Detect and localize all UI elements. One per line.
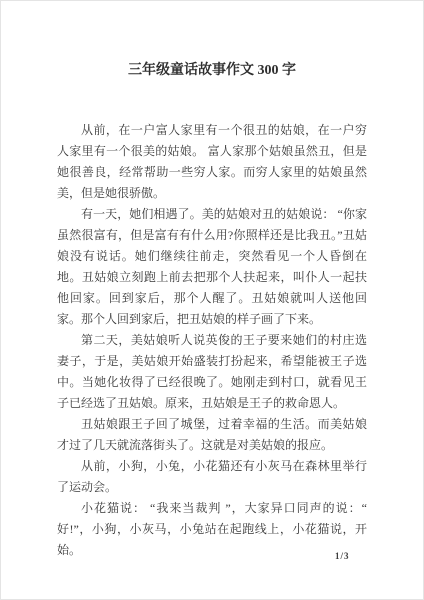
document-title: 三年级童话故事作文 300 字 <box>1 1 423 80</box>
paragraph-2: 有一天，她们相遇了。美的姑娘对丑的姑娘说： “你家虽然很富有，但是富有有什么用?… <box>57 204 367 330</box>
paragraph-6: 小花猫说： “我来当裁判 ”，大家异口同声的说：“ 好!”，小狗，小灰马，小兔站… <box>57 498 367 561</box>
document-page: 三年级童话故事作文 300 字 从前，在一户富人家里有一个很丑的姑娘，在一户穷人… <box>0 0 424 600</box>
page-number-indicator: 1/3 <box>335 551 350 561</box>
paragraph-3: 第二天，美姑娘听人说英俊的王子要来她们的村庄选妻子，于是，美姑娘开始盛装打扮起来… <box>57 330 367 414</box>
document-body: 从前，在一户富人家里有一个很丑的姑娘，在一户穷人家里有一个很美的姑娘。 富人家那… <box>1 120 423 561</box>
paragraph-4: 丑姑娘跟王子回了城堡，过着幸福的生活。而美姑娘才过了几天就流落街头了。这就是对美… <box>57 414 367 456</box>
paragraph-5: 从前，小狗，小兔，小花猫还有小灰马在森林里举行了运动会。 <box>57 456 367 498</box>
paragraph-1: 从前，在一户富人家里有一个很丑的姑娘，在一户穷人家里有一个很美的姑娘。 富人家那… <box>57 120 367 204</box>
